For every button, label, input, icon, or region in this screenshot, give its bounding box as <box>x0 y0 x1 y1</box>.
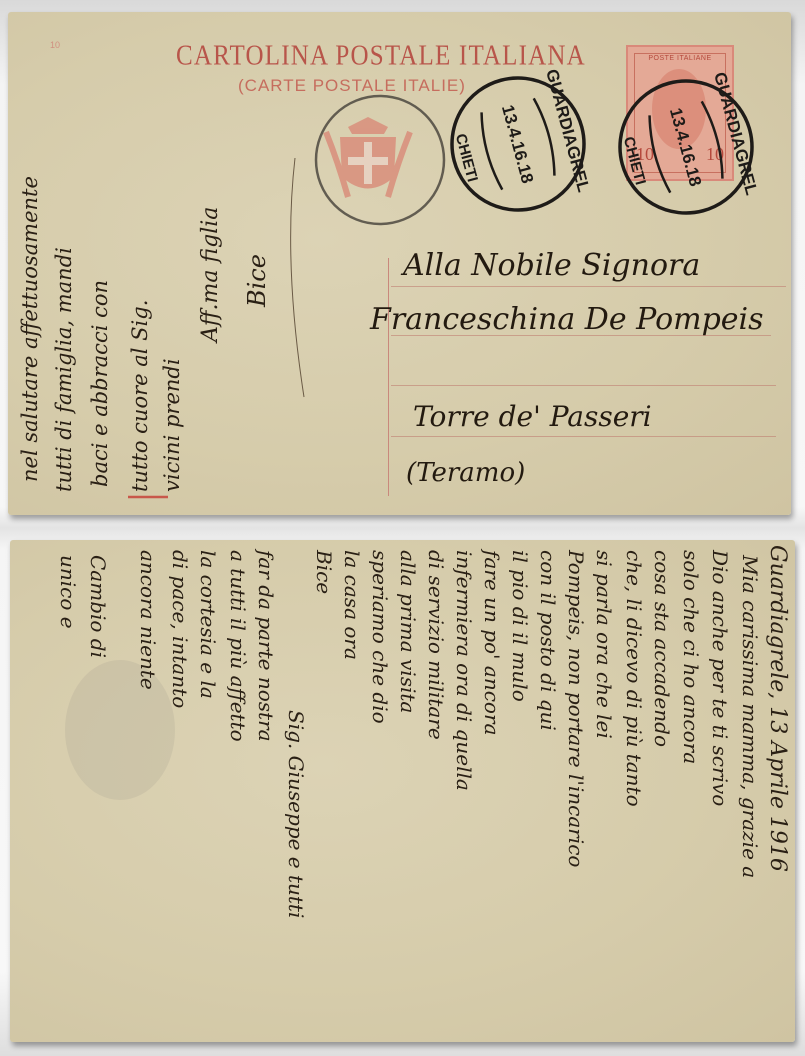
front-message-line-6: Aff.ma figlia <box>198 207 223 342</box>
svg-text:13.4.16.18: 13.4.16.18 <box>498 103 537 186</box>
back-line-3: solo che ci ho ancora <box>679 550 703 764</box>
address-margin-line <box>388 258 389 496</box>
address-line-1: Alla Nobile Signora <box>403 248 700 283</box>
postcard-front: CARTOLINA POSTALE ITALIANA (CARTE POSTAL… <box>8 12 791 515</box>
front-message-line-1: nel salutare affettuosamente <box>18 176 42 482</box>
back-line-16: Bice <box>312 550 336 594</box>
back-line-7: Pompeis, non portare l'incarico <box>564 550 588 867</box>
back-line-21: di pace, intanto <box>168 550 192 708</box>
back-line-6: si parla ora che lei <box>592 550 616 739</box>
back-line-17: Sig. Giuseppe e tutti <box>284 710 308 918</box>
postcard-back: Guardiagrele, 13 Aprile 1916 Mia carissi… <box>10 540 795 1042</box>
front-message-line-5: vicini prendi <box>160 358 184 492</box>
address-line-4: (Teramo) <box>406 458 525 488</box>
svg-text:CHIETI: CHIETI <box>620 135 649 187</box>
back-date-heading: Guardiagrele, 13 Aprile 1916 <box>765 545 790 872</box>
address-rule-3 <box>391 385 776 386</box>
front-message-line-4: tutto cuore al Sig. <box>128 300 152 492</box>
back-line-24: unico e <box>56 555 80 629</box>
back-line-22: ancora niente <box>136 550 160 690</box>
back-line-18: far da parte nostra <box>254 550 278 742</box>
postmark-1: GUARDIAGREL 13.4.16.18 CHIETI <box>437 63 599 225</box>
back-line-9: il pio di il mulo <box>508 550 532 702</box>
address-line-3: Torre de' Passeri <box>413 400 652 433</box>
back-line-8: con il posto di qui <box>536 550 560 731</box>
svg-text:GUARDIAGREL: GUARDIAGREL <box>542 67 593 194</box>
front-message-line-2: tutti di famiglia, mandi <box>52 247 76 492</box>
front-signature: Bice <box>243 254 271 307</box>
address-rule-1 <box>391 286 786 287</box>
back-line-13: alla prima visita <box>396 550 420 713</box>
address-line-2: Franceschina De Pompeis <box>370 302 764 337</box>
back-line-20: la cortesia e la <box>196 550 220 699</box>
pencil-mark: 10 <box>50 40 60 50</box>
back-line-23: Cambio di <box>86 555 110 658</box>
back-line-1: Mia carissima mamma, grazie a <box>738 555 762 878</box>
front-message-line-3: baci e abbracci con <box>88 280 112 487</box>
back-line-11: infermiera ora di quella <box>452 550 476 791</box>
svg-text:13.4.16.18: 13.4.16.18 <box>666 106 705 189</box>
back-line-2: Dio anche per te ti scrivo <box>708 550 732 806</box>
back-line-10: fare un po' ancora <box>480 550 504 735</box>
back-line-19: a tutti il più affetto <box>226 550 250 742</box>
svg-text:GUARDIAGREL: GUARDIAGREL <box>710 70 761 197</box>
back-line-5: che, li dicevo di più tanto <box>622 550 646 807</box>
savoy-coat-of-arms-icon <box>326 117 410 197</box>
back-line-4: cosa sta accadendo <box>650 550 674 747</box>
back-line-14: speriamo che dio <box>368 550 392 724</box>
back-line-12: di servizio militare <box>424 550 448 740</box>
address-rule-4 <box>391 436 776 437</box>
postmark-2: GUARDIAGREL 13.4.16.18 CHIETI <box>605 66 767 228</box>
back-line-15: la casa ora <box>340 550 364 660</box>
